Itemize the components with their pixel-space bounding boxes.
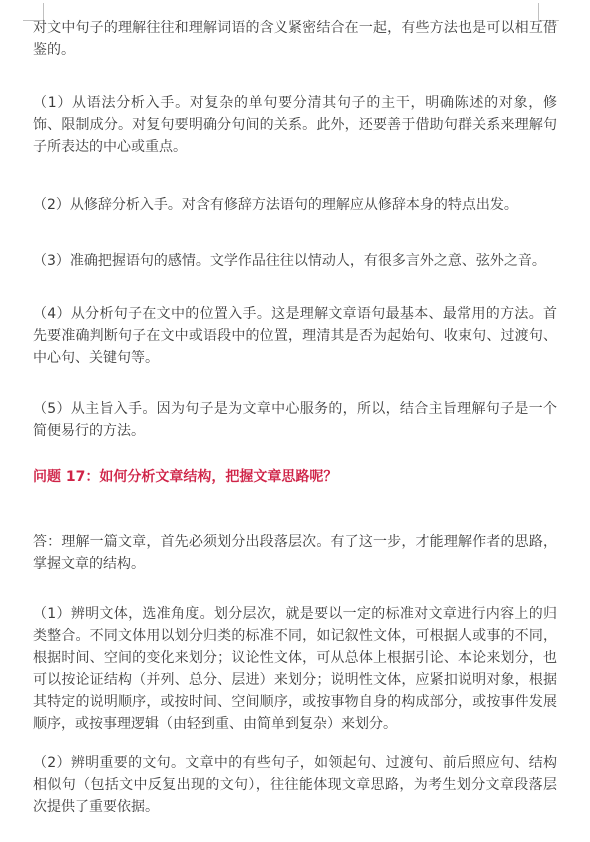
paragraph: 答：理解一篇文章，首先必须划分出段落层次。有了这一步，才能理解作者的思路，掌握文…	[33, 531, 557, 575]
paragraph: 对文中句子的理解往往和理解词语的含义紧密结合在一起，有些方法也是可以相互借鉴的。	[33, 17, 557, 61]
paragraph: （4）从分析句子在文中的位置入手。这是理解文章语句最基本、最常用的方法。首先要准…	[33, 303, 557, 369]
document-page: 对文中句子的理解往往和理解词语的含义紧密结合在一起，有些方法也是可以相互借鉴的。…	[0, 0, 590, 842]
document-body: 对文中句子的理解往往和理解词语的含义紧密结合在一起，有些方法也是可以相互借鉴的。…	[33, 17, 557, 818]
paragraph: （2）从修辞分析入手。对含有修辞方法语句的理解应从修辞本身的特点出发。	[33, 194, 557, 216]
paragraph: （5）从主旨入手。因为句子是为文章中心服务的，所以，结合主旨理解句子是一个简便易…	[33, 398, 557, 442]
paragraph: （2）辨明重要的文句。文章中的有些句子，如领起句、过渡句、前后照应句、结构相似句…	[33, 752, 557, 818]
paragraph: （1）辨明文体，选准角度。划分层次，就是要以一定的标准对文章进行内容上的归类整合…	[33, 603, 557, 735]
paragraph: （1）从语法分析入手。对复杂的单句要分清其句子的主干，明确陈述的对象，修饰、限制…	[33, 92, 557, 158]
question-heading: 问题 17：如何分析文章结构，把握文章思路呢？	[33, 466, 557, 488]
paragraph: （3）准确把握语句的感情。文学作品往往以情动人，有很多言外之意、弦外之音。	[33, 250, 557, 272]
